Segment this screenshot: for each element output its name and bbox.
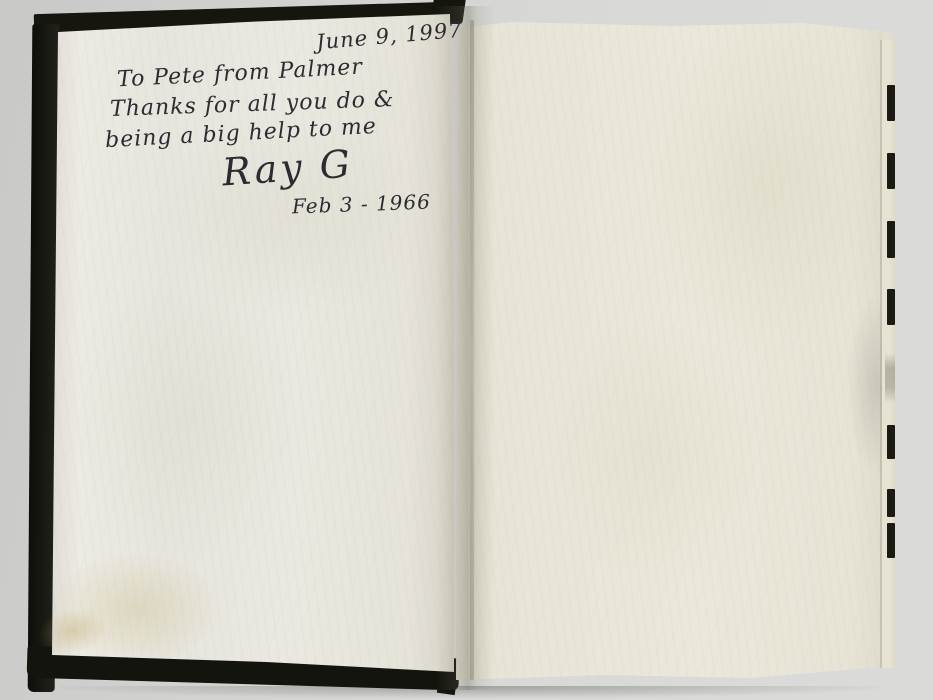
inscription-line-1: To Pete from Palmer xyxy=(117,55,364,93)
inscription-signature: Ray G xyxy=(221,141,355,194)
inscription-date-written: June 9, 1997 xyxy=(315,18,463,55)
inscription-date-inscribed: Feb 3 - 1966 xyxy=(292,190,432,219)
photo-background: June 9, 1997 To Pete from Palmer Thanks … xyxy=(0,0,933,700)
inscription: June 9, 1997 To Pete from Palmer Thanks … xyxy=(0,0,933,700)
